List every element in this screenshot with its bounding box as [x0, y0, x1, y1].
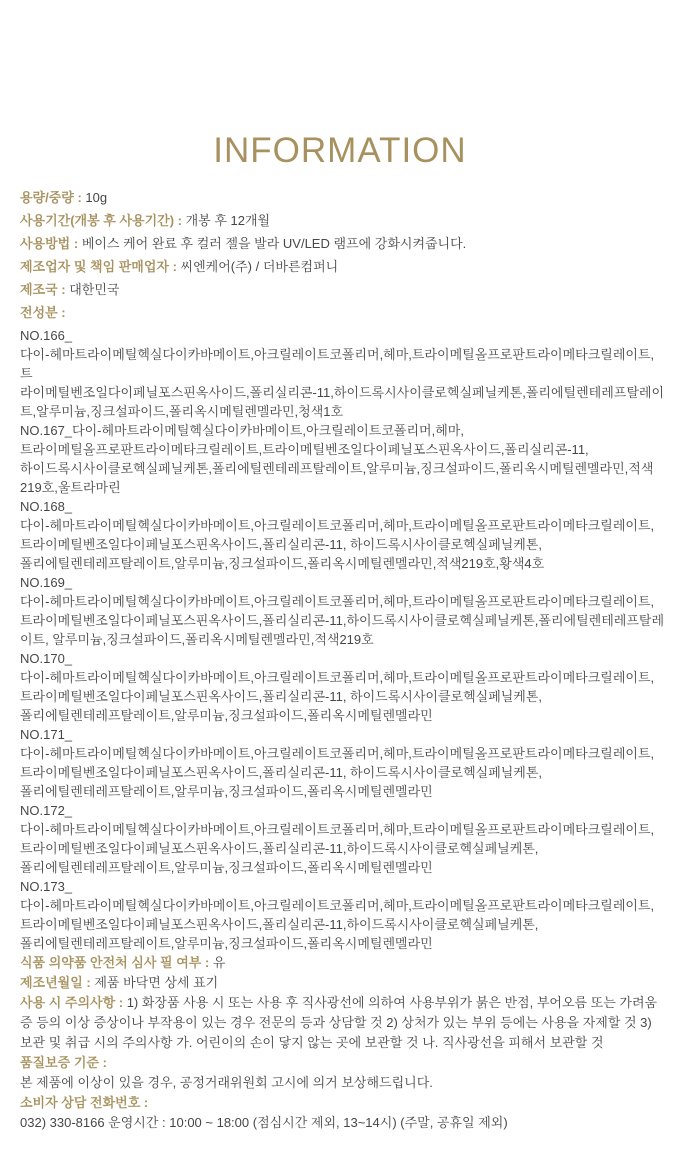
field-value: 032) 330-8166 운영시간 : 10:00 ~ 18:00 (점심시간…	[20, 1113, 664, 1133]
ingredient-line: 라이메틸벤조일다이페닐포스핀옥사이드,폴리실리콘-11,하이드록시사이클로헥실페…	[20, 383, 664, 402]
ingredient-line: 다이-헤마트라이메틸헥실다이카바메이트,아크릴레이트코폴리머,헤마,트라이메틸올…	[20, 592, 664, 611]
info-row: 제조업자 및 책임 판매업자 : 씨엔케어(주) / 더바른컴퍼니	[20, 257, 664, 277]
ingredient-line: NO.168_	[20, 497, 664, 516]
detail-row: 소비자 상담 전화번호 :032) 330-8166 운영시간 : 10:00 …	[20, 1093, 664, 1133]
ingredient-line: 다이-헤마트라이메틸헥실다이카바메이트,아크릴레이트코폴리머,헤마,트라이메틸올…	[20, 744, 664, 763]
page-content: 용량/중량 : 10g사용기간(개봉 후 사용기간) : 개봉 후 12개월사용…	[0, 170, 680, 1133]
ingredient-line: 다이-헤마트라이메틸헥실다이카바메이트,아크릴레이트코폴리머,헤마,트라이메틸올…	[20, 896, 664, 915]
details-section: 식품 의약품 안전처 심사 필 여부 : 유제조년월일 : 제품 바닥면 상세 …	[20, 953, 664, 1133]
info-row: 사용방법 : 베이스 케어 완료 후 컬러 젤을 발라 UV/LED 램프에 강…	[20, 234, 664, 254]
info-row: 사용기간(개봉 후 사용기간) : 개봉 후 12개월	[20, 211, 664, 231]
ingredient-line: 하이드록시사이클로헥실페닐케톤,폴리에틸렌테레프탈레이트,알루미늄,징크설파이드…	[20, 459, 664, 478]
field-label: 사용방법 :	[20, 236, 78, 251]
ingredient-line: NO.169_	[20, 573, 664, 592]
ingredient-line: 트라이메틸벤조일다이페닐포스핀옥사이드,폴리실리콘-11,하이드록시사이클로헥실…	[20, 839, 664, 858]
field-value: 개봉 후 12개월	[186, 213, 270, 228]
detail-row: 사용 시 주의사항 : 1) 화장품 사용 시 또는 사용 후 직사광선에 의하…	[20, 993, 664, 1053]
ingredient-block: NO.173_다이-헤마트라이메틸헥실다이카바메이트,아크릴레이트코폴리머,헤마…	[20, 877, 664, 953]
field-label: 용량/중량 :	[20, 190, 82, 205]
ingredient-line: NO.172_	[20, 801, 664, 820]
field-label: 식품 의약품 안전처 심사 필 여부 :	[20, 955, 209, 970]
field-value: 베이스 케어 완료 후 컬러 젤을 발라 UV/LED 램프에 강화시켜줍니다.	[82, 236, 466, 251]
field-label: 전성분 :	[20, 305, 66, 320]
ingredient-block: NO.170_다이-헤마트라이메틸헥실다이카바메이트,아크릴레이트코폴리머,헤마…	[20, 649, 664, 725]
ingredient-line: 트,알루미늄,징크설파이드,폴리옥시메틸렌멜라민,청색1호	[20, 402, 664, 421]
product-information-page: INFORMATION 용량/중량 : 10g사용기간(개봉 후 사용기간) :…	[0, 0, 680, 1168]
field-label: 제조업자 및 책임 판매업자 :	[20, 259, 177, 274]
ingredient-block: NO.168_다이-헤마트라이메틸헥실다이카바메이트,아크릴레이트코폴리머,헤마…	[20, 497, 664, 573]
info-row: 제조국 : 대한민국	[20, 280, 664, 300]
field-label: 제조국 :	[20, 282, 66, 297]
product-info-section: 용량/중량 : 10g사용기간(개봉 후 사용기간) : 개봉 후 12개월사용…	[20, 188, 664, 323]
ingredient-line: 다이-헤마트라이메틸헥실다이카바메이트,아크릴레이트코폴리머,헤마,트라이메틸올…	[20, 668, 664, 687]
ingredient-line: 트라이메틸벤조일다이페닐포스핀옥사이드,폴리실리콘-11,하이드록시사이클로헥실…	[20, 611, 664, 630]
field-value: 10g	[85, 190, 107, 205]
ingredients-section: NO.166_다이-헤마트라이메틸헥실다이카바메이트,아크릴레이트코폴리머,헤마…	[20, 326, 664, 953]
ingredient-line: NO.166_	[20, 326, 664, 345]
detail-row: 제조년월일 : 제품 바닥면 상세 표기	[20, 973, 664, 993]
ingredient-line: NO.167_다이-헤마트라이메틸헥실다이카바메이트,아크릴레이트코폴리머,헤마…	[20, 421, 664, 440]
ingredient-block: NO.169_다이-헤마트라이메틸헥실다이카바메이트,아크릴레이트코폴리머,헤마…	[20, 573, 664, 649]
field-value: 대한민국	[69, 282, 119, 297]
ingredient-line: 트라이메틸벤조일다이페닐포스핀옥사이드,폴리실리콘-11, 하이드록시사이클로헥…	[20, 687, 664, 706]
ingredient-line: 다이-헤마트라이메틸헥실다이카바메이트,아크릴레이트코폴리머,헤마,트라이메틸올…	[20, 345, 664, 383]
ingredient-line: NO.170_	[20, 649, 664, 668]
field-label: 사용 시 주의사항 :	[20, 995, 123, 1010]
ingredient-line: 이트, 알루미늄,징크설파이드,폴리옥시메틸렌멜라민,적색219호	[20, 630, 664, 649]
page-title: INFORMATION	[0, 132, 680, 170]
ingredient-block: NO.166_다이-헤마트라이메틸헥실다이카바메이트,아크릴레이트코폴리머,헤마…	[20, 326, 664, 421]
ingredient-line: 트라이메틸벤조일다이페닐포스핀옥사이드,폴리실리콘-11, 하이드록시사이클로헥…	[20, 535, 664, 554]
field-value: 본 제품에 이상이 있을 경우, 공정거래위원회 고시에 의거 보상해드립니다.	[20, 1073, 664, 1093]
ingredient-line: 폴리에틸렌테레프탈레이트,알루미늄,징크설파이드,폴리옥시메틸렌멜라민	[20, 858, 664, 877]
field-value: 제품 바닥면 상세 표기	[94, 975, 218, 990]
ingredient-line: 다이-헤마트라이메틸헥실다이카바메이트,아크릴레이트코폴리머,헤마,트라이메틸올…	[20, 820, 664, 839]
ingredient-line: 다이-헤마트라이메틸헥실다이카바메이트,아크릴레이트코폴리머,헤마,트라이메틸올…	[20, 516, 664, 535]
ingredient-line: NO.173_	[20, 877, 664, 896]
ingredient-line: 폴리에틸렌테레프탈레이트,알루미늄,징크설파이드,폴리옥시메틸렌멜라민	[20, 706, 664, 725]
detail-row: 품질보증 기준 :본 제품에 이상이 있을 경우, 공정거래위원회 고시에 의거…	[20, 1053, 664, 1093]
field-label: 품질보증 기준 :	[20, 1055, 107, 1070]
detail-row: 식품 의약품 안전처 심사 필 여부 : 유	[20, 953, 664, 973]
field-value: 씨엔케어(주) / 더바른컴퍼니	[181, 259, 339, 274]
info-row: 전성분 :	[20, 303, 664, 323]
ingredient-line: 219호,울트라마린	[20, 478, 664, 497]
ingredient-line: 폴리에틸렌테레프탈레이트,알루미늄,징크설파이드,폴리옥시메틸렌멜라민,적색21…	[20, 554, 664, 573]
info-row: 용량/중량 : 10g	[20, 188, 664, 208]
field-value: 유	[213, 955, 226, 970]
ingredient-line: 트라이메틸벤조일다이페닐포스핀옥사이드,폴리실리콘-11, 하이드록시사이클로헥…	[20, 763, 664, 782]
ingredient-line: 트라이메틸올프로판트라이메타크릴레이트,트라이메틸벤조일다이페닐포스핀옥사이드,…	[20, 440, 664, 459]
ingredient-block: NO.171_다이-헤마트라이메틸헥실다이카바메이트,아크릴레이트코폴리머,헤마…	[20, 725, 664, 801]
ingredient-line: 폴리에틸렌테레프탈레이트,알루미늄,징크설파이드,폴리옥시메틸렌멜라민	[20, 782, 664, 801]
ingredient-line: NO.171_	[20, 725, 664, 744]
ingredient-line: 트라이메틸벤조일다이페닐포스핀옥사이드,폴리실리콘-11,하이드록시사이클로헥실…	[20, 915, 664, 934]
ingredient-block: NO.172_다이-헤마트라이메틸헥실다이카바메이트,아크릴레이트코폴리머,헤마…	[20, 801, 664, 877]
field-label: 사용기간(개봉 후 사용기간) :	[20, 213, 182, 228]
field-label: 소비자 상담 전화번호 :	[20, 1095, 148, 1110]
ingredient-line: 폴리에틸렌테레프탈레이트,알루미늄,징크설파이드,폴리옥시메틸렌멜라민	[20, 934, 664, 953]
field-label: 제조년월일 :	[20, 975, 91, 990]
ingredient-block: NO.167_다이-헤마트라이메틸헥실다이카바메이트,아크릴레이트코폴리머,헤마…	[20, 421, 664, 497]
